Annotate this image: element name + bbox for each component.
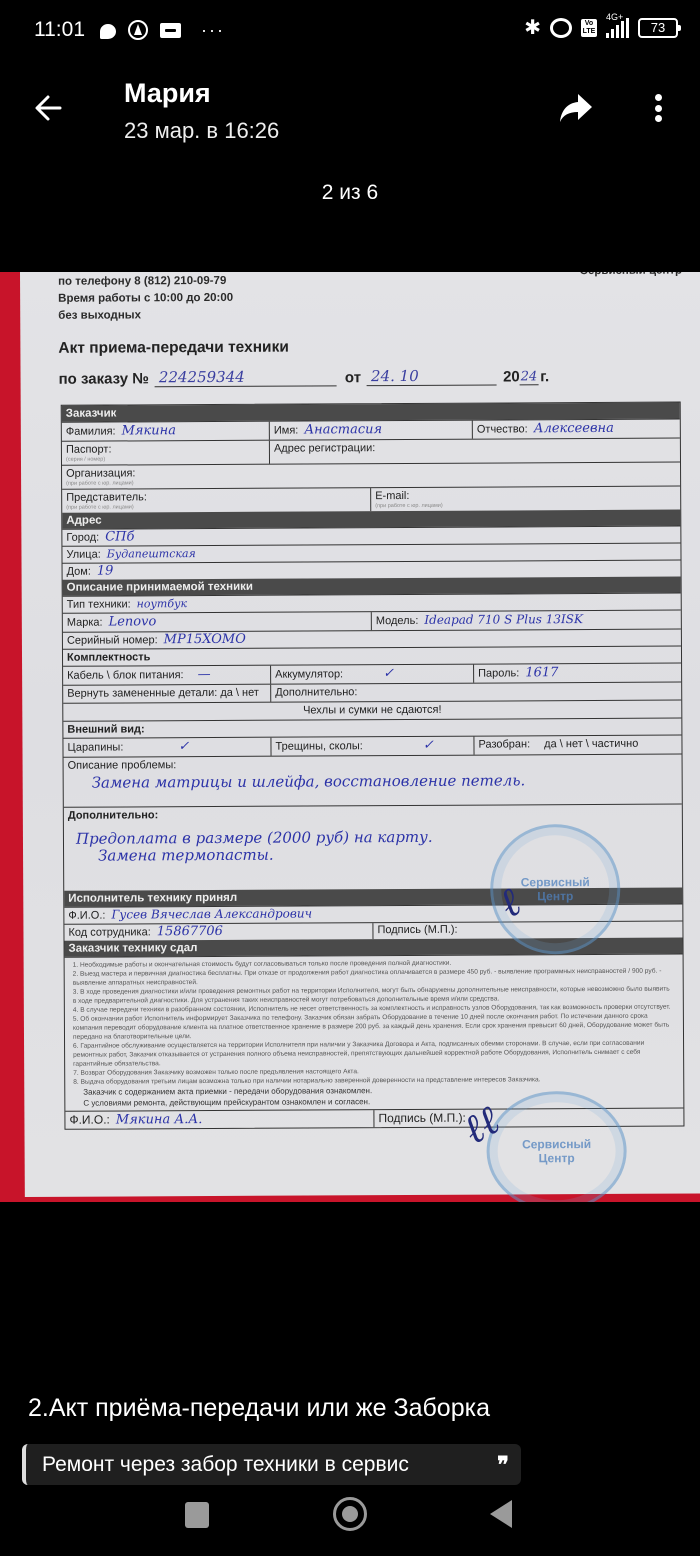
stamp-line2: Центр — [539, 1151, 575, 1165]
order-date: 24. 10 — [367, 367, 497, 387]
quote-icon: ❞ — [497, 1452, 509, 1478]
password-label: Пароль: — [478, 667, 519, 679]
name-value: Анастасия — [304, 422, 382, 437]
status-bar: 11:01 ··· ✱ Vo LTE 4G+ 73 — [0, 0, 700, 60]
email-hint: (при работе с юр. лицами) — [375, 502, 676, 510]
model-label: Модель: — [376, 615, 419, 627]
executor-fio-label: Ф.И.О.: — [68, 910, 105, 922]
customer-fio-value: Мякина А.А. — [116, 1112, 203, 1127]
notification-icons: ··· — [100, 19, 225, 41]
company-name: "Сервисный центр — [574, 272, 682, 277]
scratches-label: Царапины: — [67, 741, 123, 753]
year-suffix: 24 — [520, 369, 539, 385]
employee-code-value: 15867706 — [157, 924, 223, 939]
document-title: Акт приема-передачи техники — [58, 339, 289, 358]
battery-label: Аккумулятор: — [275, 668, 343, 680]
contact-days: без выходных — [58, 307, 233, 325]
patronymic-label: Отчество: — [477, 423, 528, 435]
customer-fio-label: Ф.И.О.: — [69, 1113, 109, 1127]
system-back-button[interactable] — [490, 1500, 512, 1528]
dot-icon — [655, 105, 662, 112]
contact-phone: по телефону 8 (812) 210-09-79 — [58, 273, 233, 291]
year-prefix: 20 — [503, 368, 520, 385]
quoted-reply[interactable]: Ремонт через забор техники в сервис ❞ — [22, 1444, 521, 1485]
disassembled-options: да \ нет \ частично — [544, 738, 638, 750]
company-stamp-bottom: Сервисный Центр — [486, 1091, 627, 1202]
dot-icon — [655, 94, 662, 101]
share-arrow-icon — [558, 92, 594, 124]
link-icon — [550, 18, 572, 38]
acceptance-form: Заказчик Фамилия:Мякина Имя:Анастасия От… — [61, 402, 685, 1130]
cable-mark: — — [198, 667, 211, 682]
serial-value: MP15XOMO — [164, 632, 246, 647]
passport-hint: (серия / номер) — [66, 456, 265, 463]
navigation-icon — [128, 20, 148, 40]
contact-hours: Время работы с 10:00 до 20:00 — [58, 290, 233, 308]
battery-icon: 73 — [638, 18, 678, 38]
order-label: по заказу № — [59, 370, 149, 387]
device-type-label: Тип техники: — [67, 598, 131, 610]
photo-caption: 2.Акт приёма-передачи или же Заборка — [28, 1394, 490, 1423]
quote-text: Ремонт через забор техники в сервис — [42, 1453, 409, 1477]
house-value: 19 — [97, 564, 114, 579]
stamp-line1: Сервисный — [521, 875, 590, 889]
more-notifications-icon: ··· — [201, 19, 225, 41]
viewer-header: Мария 23 мар. в 16:26 2 из 6 — [0, 60, 700, 220]
network-type: 4G+ — [606, 12, 623, 22]
org-hint: (при работе с юр. лицами) — [66, 478, 676, 487]
cracks-mark: ✓ — [423, 738, 434, 753]
cracks-label: Трещины, сколы: — [275, 740, 362, 752]
cable-label: Кабель \ блок питания: — [67, 669, 184, 682]
surname-label: Фамилия: — [66, 426, 116, 438]
bluetooth-icon: ✱ — [524, 17, 541, 39]
executor-sign-label: Подпись (М.П.): — [377, 924, 457, 936]
problem-value: Замена матрицы и шлейфа, восстановление … — [92, 774, 678, 790]
rep-label: Представитель: — [66, 491, 147, 503]
recent-apps-button[interactable] — [185, 1502, 209, 1528]
model-value: Ideapad 710 S Plus 13ISK — [424, 612, 583, 627]
executor-fio-value: Гусев Вячеслав Александрович — [111, 906, 312, 921]
password-value: 1617 — [525, 665, 558, 680]
reg-address-label: Адрес регистрации: — [274, 442, 375, 455]
customer-sign-label: Подпись (М.П.): — [378, 1111, 466, 1125]
battery-mark: ✓ — [383, 666, 394, 681]
terms-list: 1. Необходимые работы и окончательная ст… — [65, 954, 684, 1111]
rep-hint: (при работе с юр. лицами) — [66, 503, 366, 511]
arrow-left-icon — [30, 90, 66, 126]
from-label: от — [345, 369, 361, 386]
status-time: 11:01 — [34, 18, 85, 42]
org-label: Организация: — [66, 467, 135, 479]
card-icon — [160, 23, 181, 38]
surname-value: Мякина — [122, 423, 176, 438]
employee-code-label: Код сотрудника: — [68, 926, 150, 938]
image-counter: 2 из 6 — [0, 181, 700, 205]
contact-info: по телефону 8 (812) 210-09-79 Время рабо… — [58, 273, 233, 325]
attachment-photo[interactable]: по телефону 8 (812) 210-09-79 Время рабо… — [0, 272, 700, 1202]
term-5: 5. Об окончании работ Исполнитель информ… — [73, 1012, 675, 1042]
device-type-value: ноутбук — [137, 597, 187, 610]
name-label: Имя: — [274, 425, 299, 437]
system-icons: ✱ Vo LTE 4G+ 73 — [524, 17, 678, 39]
scratches-mark: ✓ — [178, 739, 189, 754]
dot-icon — [655, 115, 662, 122]
order-number: 224259344 — [155, 367, 337, 387]
disassembled-label: Разобран: — [478, 738, 530, 750]
serial-label: Серийный номер: — [67, 634, 158, 646]
stamp-line2: Центр — [537, 889, 573, 903]
system-nav-bar — [0, 1490, 700, 1556]
stamp-line1: Сервисный — [522, 1137, 591, 1151]
share-button[interactable] — [558, 92, 594, 124]
street-value: Будапештская — [107, 547, 196, 560]
year-end: г. — [540, 368, 549, 385]
no-cases-note: Чехлы и сумки не сдаются! — [63, 701, 681, 721]
message-date: 23 мар. в 16:26 — [124, 118, 279, 144]
extra-label: Дополнительно: — [275, 686, 357, 698]
home-button[interactable] — [333, 1497, 367, 1531]
city-label: Город: — [66, 532, 99, 544]
patronymic-value: Алексеевна — [534, 421, 614, 436]
brand-label: Марка: — [67, 617, 103, 629]
document-paper: по телефону 8 (812) 210-09-79 Время рабо… — [20, 272, 700, 1197]
street-label: Улица: — [66, 549, 100, 561]
return-parts-label: Вернуть замененные детали: да \ нет — [67, 687, 259, 700]
term-6: 6. Гарантийное обслуживание осуществляет… — [73, 1039, 675, 1069]
volte-icon: Vo LTE — [581, 19, 597, 37]
email-label: E-mail: — [375, 490, 409, 502]
house-label: Дом: — [67, 566, 91, 578]
more-options-button[interactable] — [646, 90, 670, 126]
sender-name: Мария — [124, 78, 211, 109]
signal-icon: 4G+ — [606, 18, 629, 38]
chat-bubble-icon — [100, 24, 116, 39]
passport-label: Паспорт: — [66, 444, 112, 456]
additional-label: Дополнительно: — [68, 809, 159, 821]
order-line: по заказу № 224259344 от 24. 10 20 24 г. — [59, 366, 550, 388]
problem-label: Описание проблемы: — [68, 759, 177, 772]
city-value: СПб — [105, 529, 134, 544]
brand-value: Lenovo — [109, 614, 157, 629]
back-button[interactable] — [30, 90, 66, 126]
